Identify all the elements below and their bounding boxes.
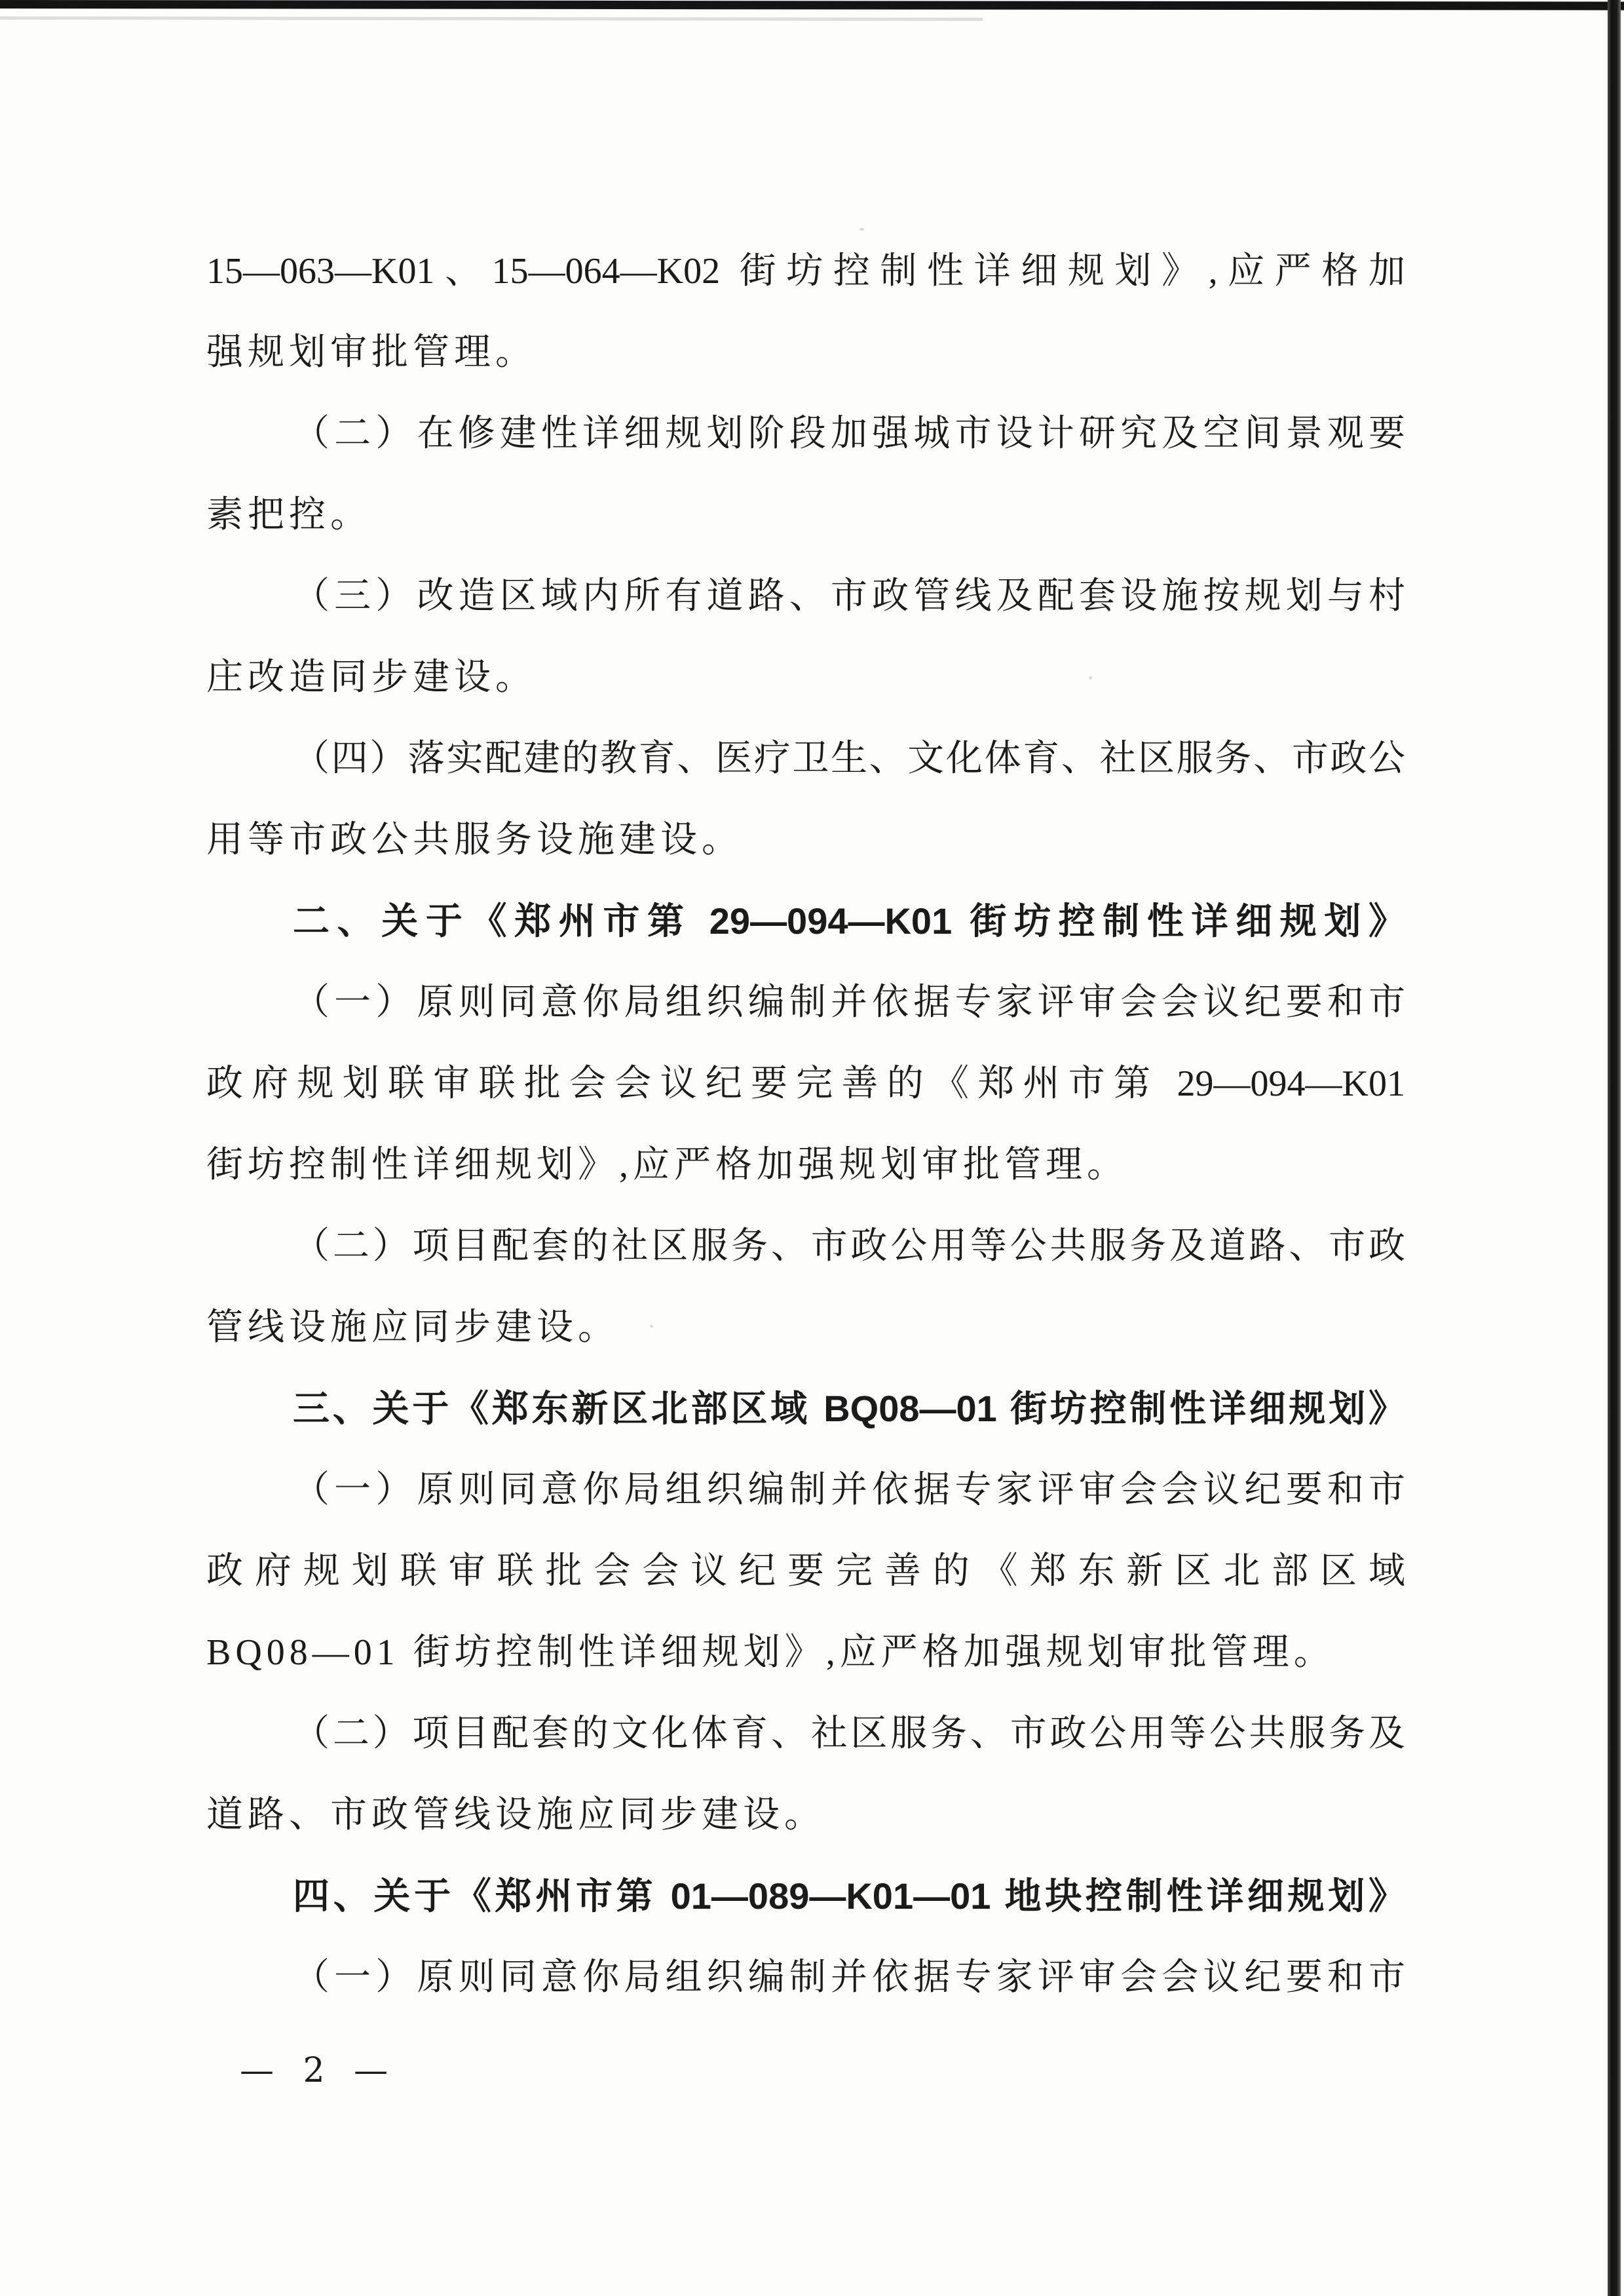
text-line-21: 四、关于《郑州市第 01—089—K01—01 地块控制性详细规划》 (206, 1856, 1405, 1937)
text-line-9: 二、关于《郑州市第 29—094—K01 街坊控制性详细规划》 (206, 881, 1405, 962)
text-line-19: （二）项目配套的文化体育、社区服务、市政公用等公共服务及 (206, 1693, 1405, 1774)
text-line-7: （四）落实配建的教育、医疗卫生、文化体育、社区服务、市政公 (206, 718, 1405, 799)
text-line-6: 庄改造同步建设。 (206, 637, 1405, 718)
document-page: 15—063—K01、15—064—K02 街坊控制性详细规划》,应严格加强规划… (0, 0, 1624, 2296)
text-line-4: 素把控。 (206, 474, 1405, 556)
body-text-block: 15—063—K01、15—064—K02 街坊控制性详细规划》,应严格加强规划… (206, 231, 1405, 2018)
text-line-3: （二）在修建性详细规划阶段加强城市设计研究及空间景观要 (206, 393, 1405, 474)
scan-edge-top-bar (0, 0, 1624, 10)
text-line-15: 三、关于《郑东新区北部区域 BQ08—01 街坊控制性详细规划》 (206, 1368, 1405, 1449)
text-line-8: 用等市政公共服务设施建设。 (206, 799, 1405, 881)
scan-smudge (0, 16, 983, 21)
text-line-20: 道路、市政管线设施应同步建设。 (206, 1774, 1405, 1856)
scan-edge-right-strip (1608, 0, 1621, 2296)
text-line-12: 街坊控制性详细规划》,应严格加强规划审批管理。 (206, 1124, 1405, 1206)
text-line-17: 政府规划联审联批会会议纪要完善的《郑东新区北部区域 (206, 1531, 1405, 1612)
text-line-14: 管线设施应同步建设。 (206, 1287, 1405, 1368)
text-line-16: （一）原则同意你局组织编制并依据专家评审会会议纪要和市 (206, 1449, 1405, 1531)
text-line-22: （一）原则同意你局组织编制并依据专家评审会会议纪要和市 (206, 1937, 1405, 2018)
text-line-13: （二）项目配套的社区服务、市政公用等公共服务及道路、市政 (206, 1206, 1405, 1287)
text-line-11: 政府规划联审联批会会议纪要完善的《郑州市第 29—094—K01 (206, 1043, 1405, 1124)
page-number: — 2 — (240, 2050, 389, 2092)
text-line-2: 强规划审批管理。 (206, 312, 1405, 393)
text-line-10: （一）原则同意你局组织编制并依据专家评审会会议纪要和市 (206, 962, 1405, 1043)
text-line-18: BQ08—01 街坊控制性详细规划》,应严格加强规划审批管理。 (206, 1612, 1405, 1693)
text-line-1: 15—063—K01、15—064—K02 街坊控制性详细规划》,应严格加 (206, 231, 1405, 312)
text-line-5: （三）改造区域内所有道路、市政管线及配套设施按规划与村 (206, 556, 1405, 637)
